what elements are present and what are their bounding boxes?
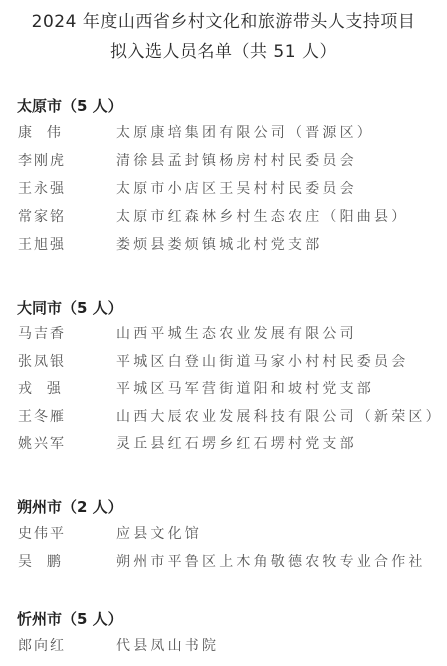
list-item: 马吉香 山西平城生态农业发展有限公司	[0, 323, 447, 347]
organization: 平城区马军营街道阳和坡村党支部	[116, 378, 374, 398]
document-title-line-1: 2024 年度山西省乡村文化和旅游带头人支持项目	[0, 7, 447, 32]
list-item: 李刚虎 清徐县孟封镇杨房村村民委员会	[0, 150, 447, 174]
organization: 代县凤山书院	[116, 635, 219, 655]
organization: 娄烦县娄烦镇城北村党支部	[116, 234, 322, 254]
list-item: 戎 强 平城区马军营街道阳和坡村党支部	[0, 378, 447, 402]
section-header-datong: 大同市（5 人）	[17, 297, 123, 318]
person-name: 戎 强	[18, 378, 63, 398]
list-item: 康 伟 太原康培集团有限公司（晋源区）	[0, 122, 447, 146]
organization: 灵丘县红石塄乡红石塄村党支部	[116, 433, 357, 453]
person-name: 王冬雁	[18, 406, 66, 426]
person-name: 郎向红	[18, 635, 66, 655]
person-name: 吴 鹏	[18, 551, 63, 571]
person-name: 王永强	[18, 178, 66, 198]
list-item: 姚兴军 灵丘县红石塄乡红石塄村党支部	[0, 433, 447, 457]
organization: 清徐县孟封镇杨房村村民委员会	[116, 150, 357, 170]
person-name: 常家铭	[18, 206, 66, 226]
person-name: 马吉香	[18, 323, 66, 343]
organization: 平城区白登山街道马家小村村民委员会	[116, 351, 408, 371]
list-item: 王旭强 娄烦县娄烦镇城北村党支部	[0, 234, 447, 258]
person-name: 张凤银	[18, 351, 66, 371]
organization: 太原市小店区王吴村村民委员会	[116, 178, 357, 198]
organization: 太原市红森林乡村生态农庄（阳曲县）	[116, 206, 408, 226]
organization: 山西平城生态农业发展有限公司	[116, 323, 357, 343]
person-name: 姚兴军	[18, 433, 66, 453]
section-header-xinzhou: 忻州市（5 人）	[17, 608, 123, 629]
list-item: 常家铭 太原市红森林乡村生态农庄（阳曲县）	[0, 206, 447, 230]
section-header-shuozhou: 朔州市（2 人）	[17, 496, 123, 517]
person-name: 李刚虎	[18, 150, 66, 170]
person-name: 康 伟	[18, 122, 63, 142]
list-item: 张凤银 平城区白登山街道马家小村村民委员会	[0, 351, 447, 375]
person-name: 史伟平	[18, 523, 66, 543]
person-name: 王旭强	[18, 234, 66, 254]
organization: 山西大辰农业发展科技有限公司（新荣区）	[116, 406, 443, 426]
list-item: 史伟平 应县文化馆	[0, 523, 447, 547]
list-item: 郎向红 代县凤山书院	[0, 635, 447, 659]
organization: 应县文化馆	[116, 523, 202, 543]
organization: 太原康培集团有限公司（晋源区）	[116, 122, 374, 142]
organization: 朔州市平鲁区上木角敬德农牧专业合作社	[116, 551, 426, 571]
list-item: 吴 鹏 朔州市平鲁区上木角敬德农牧专业合作社	[0, 551, 447, 575]
document-title-line-2: 拟入选人员名单（共 51 人）	[0, 37, 447, 62]
list-item: 王永强 太原市小店区王吴村村民委员会	[0, 178, 447, 202]
list-item: 王冬雁 山西大辰农业发展科技有限公司（新荣区）	[0, 406, 447, 430]
section-header-taiyuan: 太原市（5 人）	[17, 95, 123, 116]
